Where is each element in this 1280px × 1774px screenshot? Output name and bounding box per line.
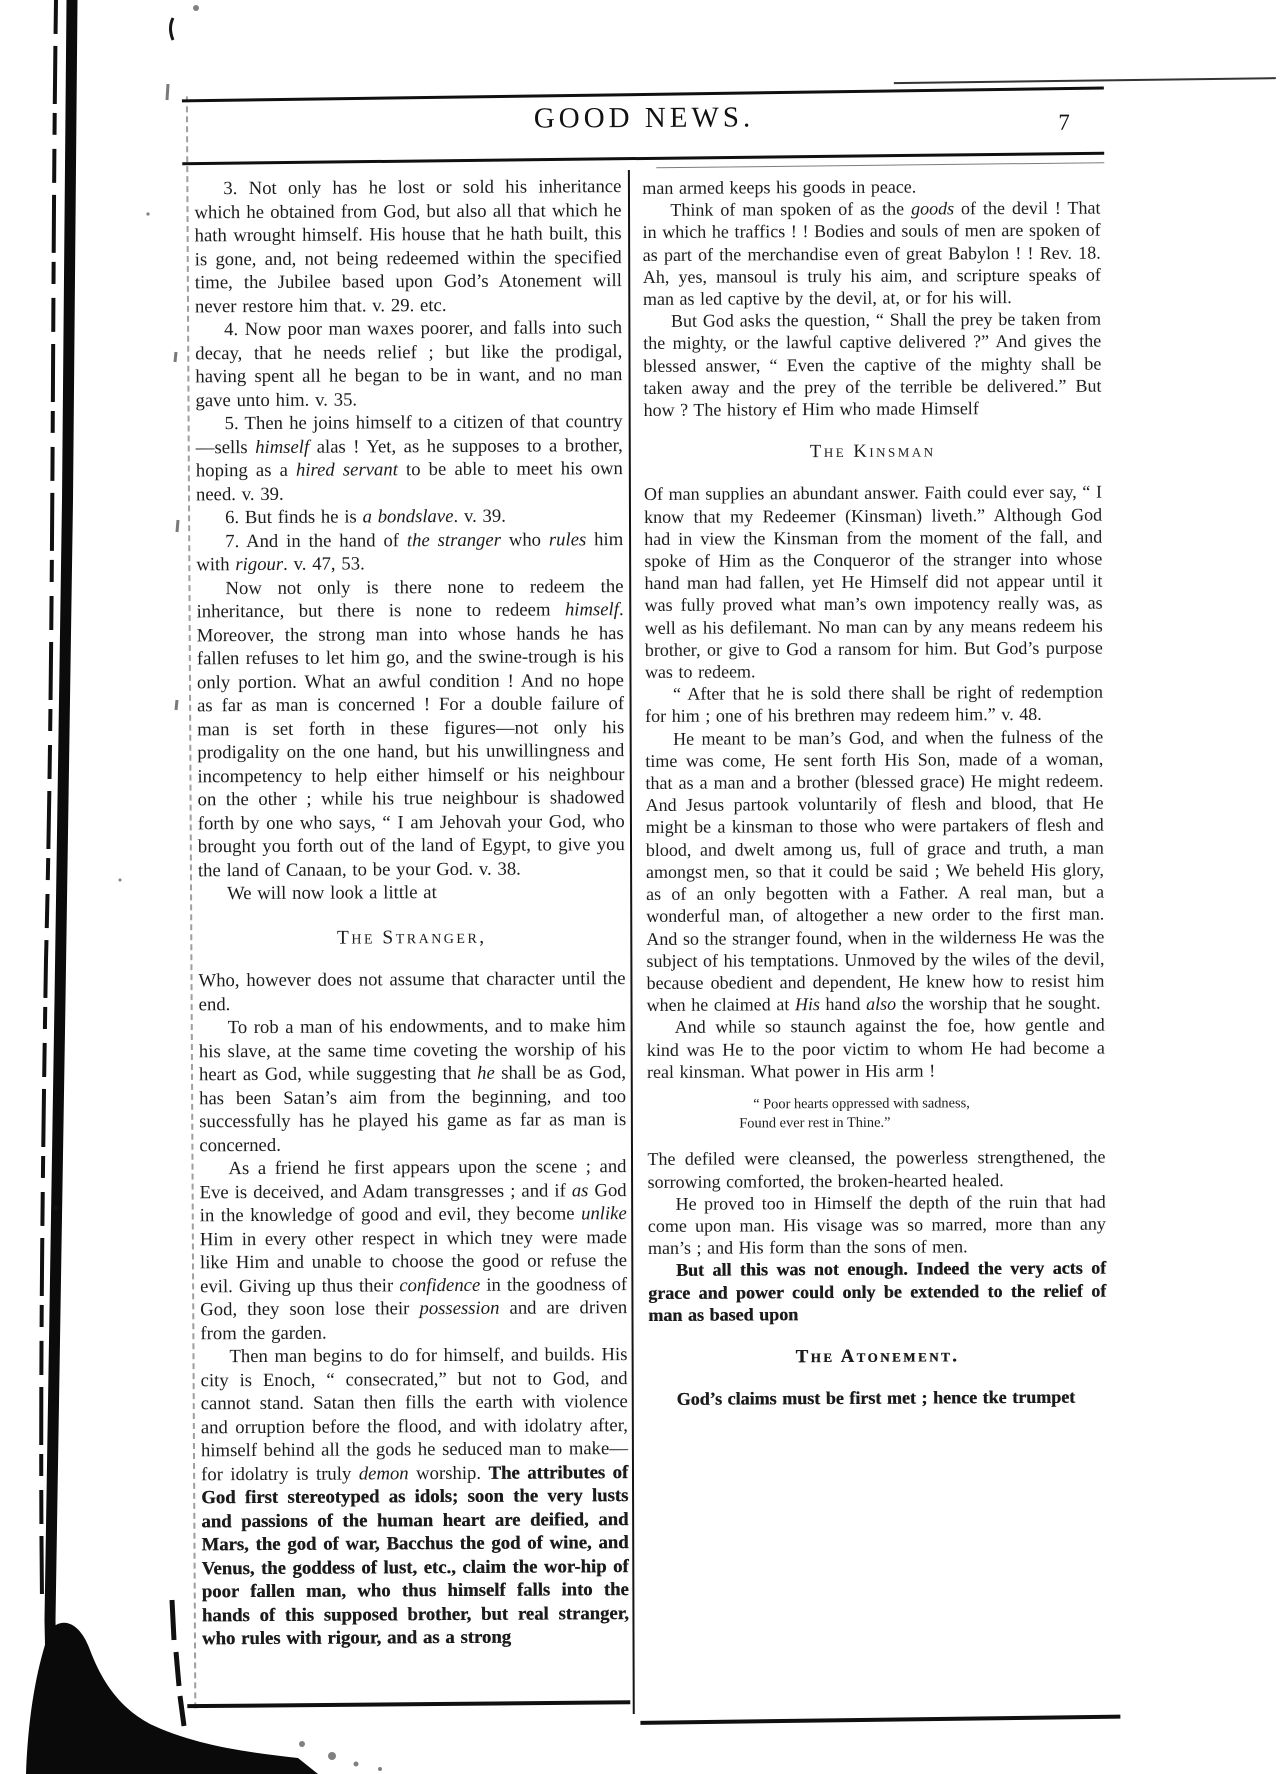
text-run: goods — [911, 199, 954, 219]
paragraph: Now not only is there none to redeem the… — [196, 575, 625, 883]
text-run: who — [501, 529, 549, 550]
header-top-rule-extension — [894, 77, 1276, 84]
text-run: As a friend he first appears upon the sc… — [200, 1156, 627, 1203]
paragraph: 5. Then he joins himself to a citizen of… — [196, 410, 623, 506]
section-heading: The Atonement. — [648, 1345, 1106, 1370]
text-run: himself — [565, 599, 619, 620]
text-run: himself — [255, 436, 309, 457]
left-column: 3. Not only has he lost or sold his inhe… — [194, 175, 629, 1651]
text-run: rules — [549, 529, 586, 550]
text-run: the stranger — [407, 529, 501, 550]
text-run: the worship that he sought. — [896, 993, 1100, 1014]
text-run: 3. Not only has he lost or sold his inhe… — [194, 176, 621, 317]
text-run: . v. 39. — [453, 506, 506, 527]
paragraph: As a friend he first appears upon the sc… — [199, 1155, 627, 1345]
section-heading: The Kinsman — [644, 440, 1102, 465]
text-run: The defiled were cleansed, the powerless… — [647, 1147, 1105, 1192]
text-run: We will now look a little at — [227, 882, 437, 904]
scanned-document-page: GOOD NEWS. 7 3. Not only has he lost or … — [0, 0, 1280, 1774]
text-run: And while so staunch against the foe, ho… — [647, 1015, 1105, 1082]
page-sheet: GOOD NEWS. 7 3. Not only has he lost or … — [0, 0, 1280, 1774]
paragraph: 7. And in the hand of the stranger who r… — [196, 528, 623, 577]
text-run: He meant to be man’s God, and when the f… — [645, 726, 1104, 1015]
text-run: hand — [820, 994, 866, 1014]
text-run: His — [795, 994, 820, 1014]
right-column-bottom-rule — [640, 1715, 1120, 1725]
text-run: Think of man spoken of as the — [670, 199, 911, 220]
text-run: possession — [419, 1298, 499, 1319]
text-run: demon — [359, 1463, 409, 1484]
section-heading: The Stranger, — [198, 925, 625, 951]
text-run: confidence — [399, 1274, 480, 1295]
text-run: 6. But finds he is — [225, 506, 363, 528]
quote-line: “ Poor hearts oppressed with sadness, — [739, 1093, 1105, 1114]
column-divider-rule — [628, 170, 635, 1714]
right-column: man armed keeps his goods in peace.Think… — [642, 175, 1106, 1411]
page-number: 7 — [1044, 110, 1084, 136]
paragraph: He proved too in Himself the depth of th… — [648, 1190, 1106, 1259]
paragraph: 4. Now poor man waxes poorer, and falls … — [195, 316, 622, 412]
text-run: man armed keeps his goods in peace. — [642, 177, 916, 198]
text-run: Of man supplies an abundant answer. Fait… — [644, 482, 1103, 682]
text-run: as — [572, 1180, 589, 1201]
paragraph: 6. But finds he is a bondslave. v. 39. — [196, 504, 623, 530]
header-bottom-rule-shadow — [656, 162, 1104, 168]
text-run: rigour — [235, 554, 283, 575]
paragraph: Of man supplies an abundant answer. Fait… — [644, 481, 1103, 683]
text-run: He proved too in Himself the depth of th… — [648, 1191, 1106, 1258]
text-run: he — [477, 1063, 495, 1084]
verse-quote: “ Poor hearts oppressed with sadness,Fou… — [739, 1093, 1105, 1132]
paragraph: Who, however does not assume that charac… — [198, 967, 625, 1016]
paragraph: “ After that he is sold there shall be r… — [645, 681, 1103, 728]
text-run: The attributes of God first stereotyped … — [201, 1462, 629, 1650]
paragraph: To rob a man of his endowments, and to m… — [199, 1014, 627, 1157]
paragraph: But all this was not enough. Indeed the … — [648, 1257, 1106, 1326]
text-run: Now not only is there none to redeem the… — [197, 576, 624, 623]
text-run: hired servant — [296, 459, 398, 481]
paragraph: Think of man spoken of as the goods of t… — [642, 197, 1101, 310]
paragraph: man armed keeps his goods in peace. — [642, 175, 1100, 200]
text-run: But all this was not enough. Indeed the … — [648, 1258, 1106, 1325]
text-run: Who, however does not assume that charac… — [198, 968, 625, 1015]
paragraph: He meant to be man’s God, and when the f… — [645, 725, 1105, 1016]
text-run: 4. Now poor man waxes poorer, and falls … — [195, 317, 622, 411]
paragraph: But God asks the question, “ Shall the p… — [643, 308, 1102, 421]
paragraph: God’s claims must be first met ; hence t… — [649, 1386, 1107, 1411]
paragraph: 3. Not only has he lost or sold his inhe… — [194, 175, 622, 318]
text-run: unlike — [581, 1203, 627, 1224]
text-run: . v. 47, 53. — [283, 553, 365, 574]
text-run: also — [866, 994, 896, 1014]
text-run: a bondslave — [362, 506, 453, 527]
page-title: GOOD NEWS. — [186, 100, 1102, 138]
paragraph: And while so staunch against the foe, ho… — [647, 1014, 1105, 1083]
paragraph: The defiled were cleansed, the powerless… — [647, 1146, 1105, 1193]
text-run: “ After that he is sold there shall be r… — [645, 682, 1103, 727]
text-run: worship. — [409, 1462, 489, 1483]
quote-line: Found ever rest in Thine.” — [739, 1112, 1105, 1133]
text-run: God’s claims must be first met ; hence t… — [677, 1387, 1076, 1409]
text-run: . Moreover, the strong man into whose ha… — [197, 599, 625, 881]
text-run: 7. And in the hand of — [225, 530, 407, 552]
text-run: But God asks the question, “ Shall the p… — [643, 309, 1101, 420]
paragraph: Then man begins to do for himself, and b… — [200, 1343, 629, 1651]
paragraph: We will now look a little at — [198, 880, 625, 906]
left-column-bottom-rule — [187, 1700, 630, 1708]
